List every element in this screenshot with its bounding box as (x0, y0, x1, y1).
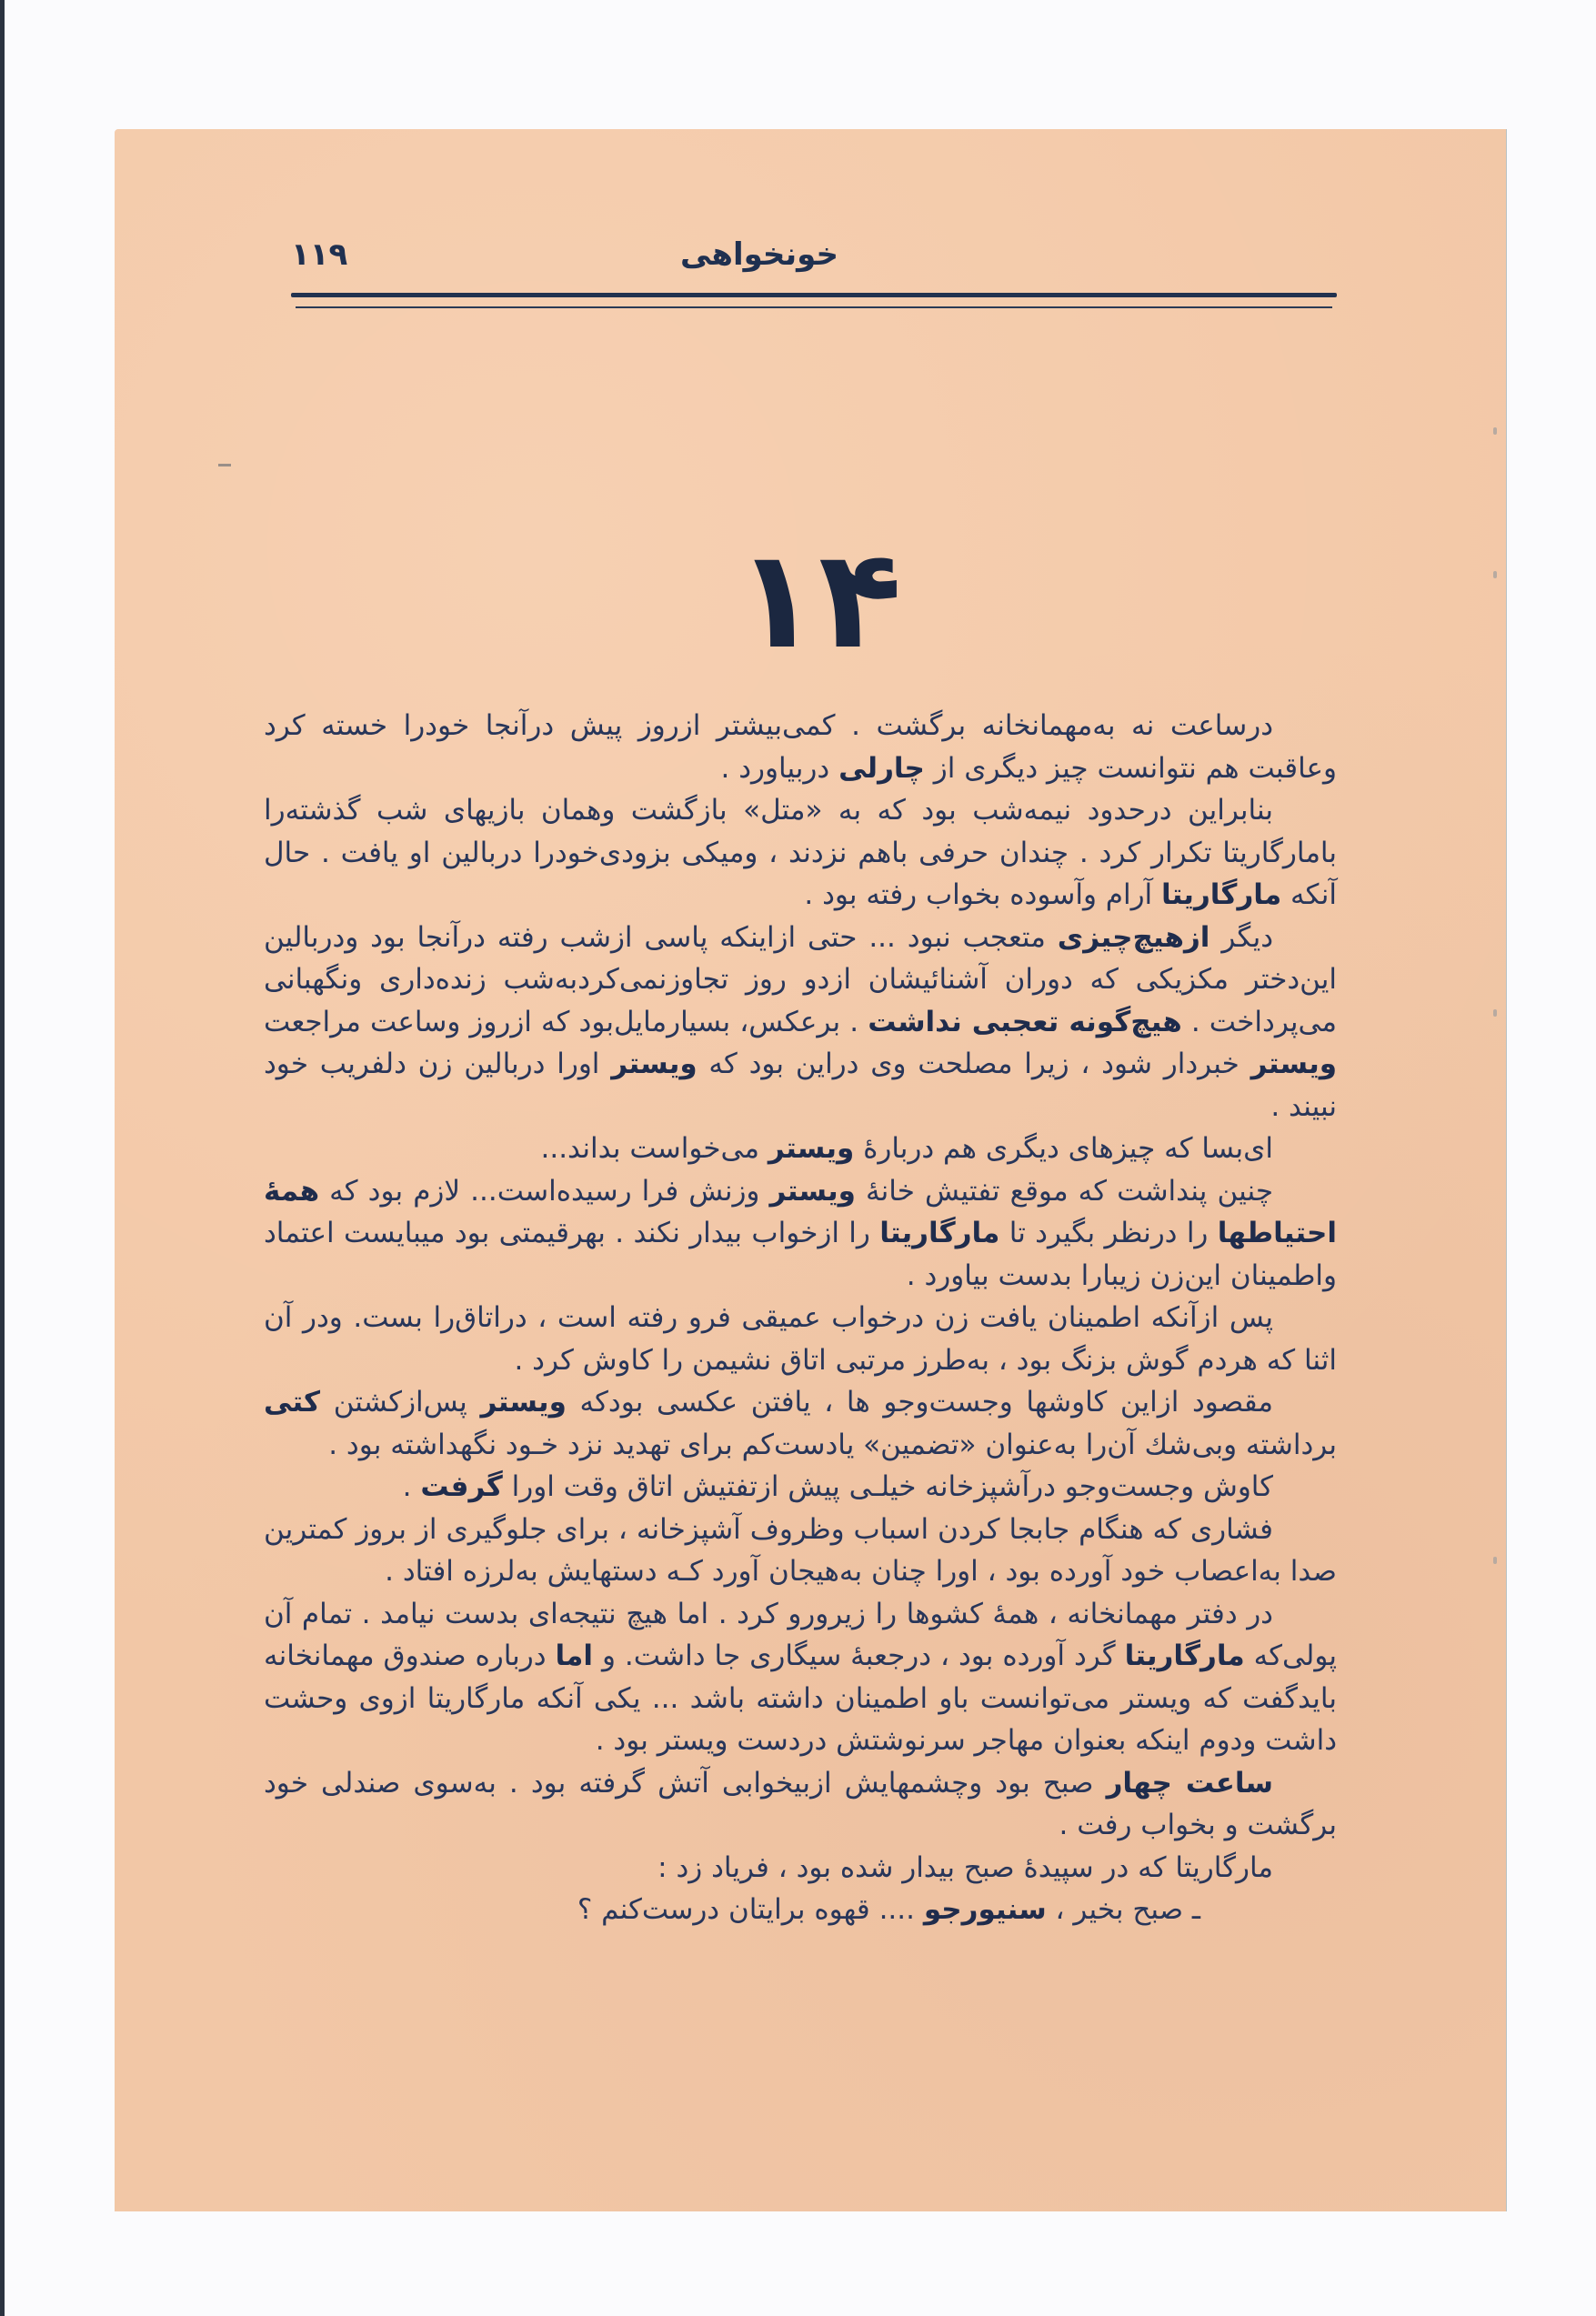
header-rule-thin (296, 306, 1332, 308)
paragraph: ـ صبح بخیر ، سنیورجو .... قهوه برایتان د… (264, 1889, 1337, 1931)
emphasized-name: ویستر (480, 1386, 566, 1419)
text-run: کاوش وجست‌وجو درآشپزخانه خیلـی پیش ازتفت… (503, 1470, 1273, 1503)
text-run: پس ازآنکه اطمینان یافت زن درخواب عمیقی ف… (264, 1301, 1337, 1377)
text-run: وزنش فرا رسیده‌است... لازم بود که (319, 1175, 769, 1208)
page-edge-notch (1493, 571, 1497, 578)
chapter-number: ۱۴ (637, 518, 1000, 682)
emphasized-name: چارلی (838, 752, 925, 785)
emphasized-name: مارگاریتا (1125, 1639, 1245, 1672)
margin-mark (218, 464, 231, 466)
page-edge-notch (1493, 427, 1497, 435)
emphasized-name: مارگاریتا (1161, 878, 1281, 911)
paragraph: بنابراین درحدود نیمه‌شب بود که به «متل» … (264, 789, 1337, 917)
emphasized-name: مارگاریتا (879, 1217, 999, 1249)
paragraph: ساعت چهار صبح بود وچشمهایش ازبیخوابی آتش… (264, 1762, 1337, 1847)
text-run: .... قهوه برایتان درست‌کنم ؟ (577, 1893, 924, 1926)
paragraph: کاوش وجست‌وجو درآشپزخانه خیلـی پیش ازتفت… (264, 1466, 1337, 1509)
text-run: خبردار شود ، زیرا مصلحت وی دراین بود که (698, 1048, 1251, 1080)
scanner-edge (0, 0, 5, 2316)
text-run: . برعکس، بسیارمایل‌بود که ازروز وساعت مر… (264, 1006, 868, 1038)
text-run: را درنظر بگیرد تا (999, 1217, 1217, 1249)
text-run: دیگر (1210, 921, 1273, 954)
emphasized-name: ویستر (770, 1175, 856, 1208)
paragraph: مقصود ازاین کاوشها وجست‌وجو ها ، یافتن ع… (264, 1381, 1337, 1466)
emphasized-name: سنیورجو (924, 1893, 1047, 1926)
text-run: مارگاریتا که در سپیدهٔ صبح بیدار شده بود… (657, 1851, 1273, 1884)
emphasized-name: ازهیچ‌چیزی (1058, 921, 1210, 954)
emphasized-name: اما (556, 1639, 593, 1672)
paragraph: فشاری که هنگام جابجا کردن اسباب وظروف آش… (264, 1509, 1337, 1593)
page-number: ۱۱۹ (291, 236, 347, 273)
page-edge-notch (1493, 1557, 1497, 1564)
text-run: می‌خواست بداند... (541, 1132, 768, 1165)
text-run: ای‌بسا که چیزهای دیگری هم دربارهٔ (854, 1132, 1273, 1165)
paragraph: پس ازآنکه اطمینان یافت زن درخواب عمیقی ف… (264, 1297, 1337, 1381)
text-run: فشاری که هنگام جابجا کردن اسباب وظروف آش… (264, 1513, 1337, 1589)
paragraph: ای‌بسا که چیزهای دیگری هم دربارهٔ ویستر … (264, 1128, 1337, 1170)
paragraph: مارگاریتا که در سپیدهٔ صبح بیدار شده بود… (264, 1847, 1337, 1890)
text-run: برداشته وبی‌شك آن‌را به‌عنوان «تضمین» یا… (328, 1429, 1337, 1461)
text-run: گرد آورده بود ، درجعبهٔ سیگاری جا داشت. … (593, 1639, 1125, 1672)
text-run: دربیاورد . (721, 752, 839, 785)
text-run: پس‌ازکشتن (320, 1386, 480, 1419)
text-run: ـ صبح بخیر ، (1047, 1893, 1200, 1926)
text-run: چنین پنداشت که موقع تفتیش خانهٔ (856, 1175, 1273, 1208)
paragraph: درساعت نه به‌مهمانخانه برگشت . کمی‌بیشتر… (264, 705, 1337, 789)
text-run: آرام وآسوده بخواب رفته بود . (804, 878, 1161, 911)
header-rule-thick (291, 293, 1337, 297)
emphasized-name: ویستر (768, 1132, 854, 1165)
body-text: درساعت نه به‌مهمانخانه برگشت . کمی‌بیشتر… (264, 705, 1337, 1931)
paragraph: چنین پنداشت که موقع تفتیش خانهٔ ویستر وز… (264, 1170, 1337, 1298)
paragraph: در دفتر مهمانخانه ، همهٔ کشوها را زیرورو… (264, 1593, 1337, 1762)
emphasized-name: ویستر (1251, 1048, 1337, 1080)
text-run: . (403, 1470, 421, 1503)
text-run: مقصود ازاین کاوشها وجست‌وجو ها ، یافتن ع… (567, 1386, 1273, 1419)
paragraph: دیگر ازهیچ‌چیزی متعجب نبود ... حتی ازاین… (264, 917, 1337, 1128)
emphasized-name: هیچ‌گونه تعجبی نداشت (868, 1006, 1181, 1038)
page-edge-notch (1493, 1009, 1497, 1017)
emphasized-name: ویستر (611, 1048, 697, 1080)
emphasized-name: گرفت (420, 1470, 502, 1503)
running-title: خونخواهی (182, 236, 1337, 273)
emphasized-name: ساعت چهار (1107, 1767, 1273, 1800)
emphasized-name: کتی (264, 1386, 320, 1419)
